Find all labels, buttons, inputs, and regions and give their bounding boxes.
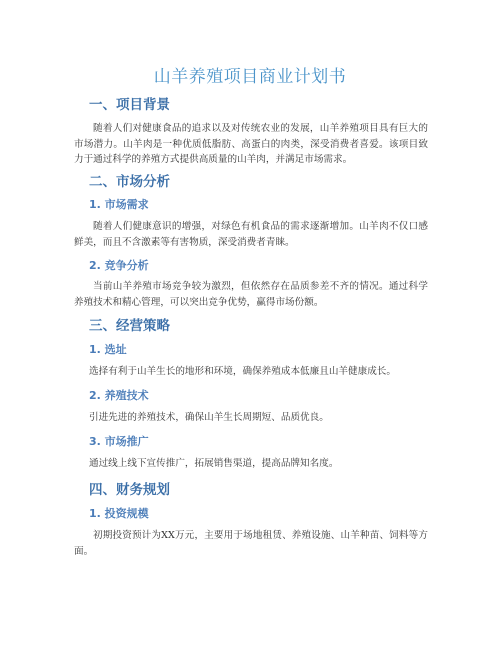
subheading-market-demand: 1. 市场需求: [89, 197, 149, 212]
section-heading-background: 一、项目背景: [89, 96, 170, 114]
document-title: 山羊养殖项目商业计划书: [0, 66, 500, 88]
paragraph-investment-scale: 初期投资预计为XX万元，主要用于场地租赁、养殖设施、山羊种苗、饲料等方面。: [74, 528, 428, 559]
subheading-site-selection: 1. 选址: [89, 342, 127, 357]
paragraph-background: 随着人们对健康食品的追求以及对传统农业的发展，山羊养殖项目具有巨大的市场潜力。山…: [74, 121, 428, 168]
document-page: 山羊养殖项目商业计划书 一、项目背景 随着人们对健康食品的追求以及对传统农业的发…: [0, 0, 500, 647]
subheading-breeding-technology: 2. 养殖技术: [89, 388, 149, 403]
subheading-competition-analysis: 2. 竞争分析: [89, 258, 149, 273]
paragraph-marketing-promotion: 通过线上线下宣传推广，拓展销售渠道，提高品牌知名度。: [89, 456, 429, 472]
paragraph-site-selection: 选择有利于山羊生长的地形和环境，确保养殖成本低廉且山羊健康成长。: [89, 364, 429, 380]
subheading-investment-scale: 1. 投资规模: [89, 506, 149, 521]
section-heading-market-analysis: 二、市场分析: [89, 173, 170, 191]
paragraph-market-demand: 随着人们健康意识的增强，对绿色有机食品的需求逐渐增加。山羊肉不仅口感鲜美，而且不…: [74, 219, 428, 250]
paragraph-breeding-technology: 引进先进的养殖技术，确保山羊生长周期短、品质优良。: [89, 410, 429, 426]
section-heading-business-strategy: 三、经营策略: [89, 317, 170, 335]
section-heading-financial-planning: 四、财务规划: [89, 481, 170, 499]
subheading-marketing-promotion: 3. 市场推广: [89, 434, 149, 449]
paragraph-competition-analysis: 当前山羊养殖市场竞争较为激烈，但依然存在品质参差不齐的情况。通过科学养殖技术和精…: [74, 279, 428, 310]
